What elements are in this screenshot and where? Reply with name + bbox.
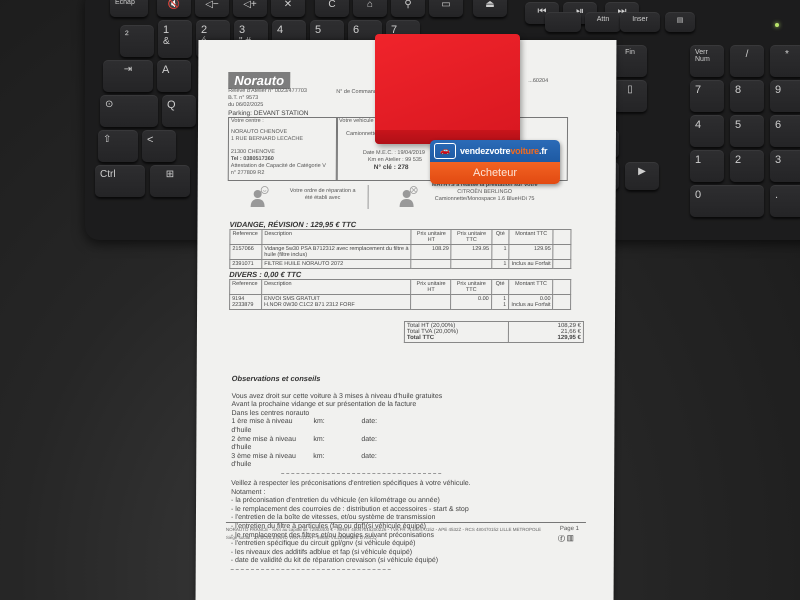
status-led — [775, 23, 779, 27]
key-fin[interactable]: Fin — [613, 45, 647, 77]
key-escape[interactable]: Échap — [110, 0, 148, 17]
page-number: Page 1 — [560, 526, 579, 532]
key-numpad-7[interactable]: 7 — [690, 80, 724, 112]
norauto-logo: Norauto — [228, 72, 290, 89]
table-row: 91942233879 ENVOI SMS GRATUITH.NOR 0W30 … — [230, 295, 571, 310]
volume-down-key-icon[interactable]: ◁− — [195, 0, 229, 17]
vehicle-label: Votre vehicule : — [339, 118, 377, 125]
refresh-key[interactable]: C — [315, 0, 349, 17]
key-f[interactable] — [545, 12, 581, 32]
key-numpad-8[interactable]: 8 — [730, 80, 764, 112]
key-numpad-5[interactable]: 5 — [730, 115, 764, 147]
key-1[interactable]: 1& — [158, 20, 192, 58]
shift-left-key-icon[interactable]: ⇧ — [98, 130, 138, 162]
centre-info: Votre centre : NORAUTO CHENOVE 1 RUE BER… — [231, 118, 326, 177]
key-ctrl[interactable]: Ctrl — [95, 165, 145, 197]
total-ttc-label: Total TTC — [407, 335, 506, 341]
key-numpad-decimal[interactable]: . — [770, 185, 800, 217]
key-inser[interactable]: Inser — [620, 12, 660, 32]
key-numpad-1[interactable]: 1 — [690, 150, 724, 182]
windows-key-icon[interactable]: ⊞ — [150, 165, 190, 197]
repair-order-text: Votre ordre de réparation a été établi a… — [278, 188, 368, 202]
mic-off-key-icon[interactable]: ✕ — [271, 0, 305, 17]
centre-address: 1 RUE BERNARD LECACHE — [231, 136, 326, 143]
key-q[interactable]: Q — [162, 95, 196, 127]
mechanic-info: MATHYS a réalisé la prestation sur votre… — [430, 182, 540, 203]
page-down-key-icon[interactable]: ▯ — [613, 80, 647, 112]
key-a[interactable]: A — [157, 60, 191, 92]
volume-up-key-icon[interactable]: ◁+ — [233, 0, 267, 17]
key-numpad-multiply[interactable]: * — [770, 45, 800, 77]
folder-key-icon[interactable]: ▭ — [429, 0, 463, 17]
vehicle-key-number: N° clé : 278 — [374, 164, 409, 172]
centre-attestation: Attestation de Capacité de Catégorie V — [231, 163, 326, 170]
table-row: 2391071 FILTRE HUILE NORAUTO 2072 1 Incl… — [230, 260, 571, 269]
calculator-key-icon[interactable]: ▤ — [665, 12, 695, 32]
tab-key-icon[interactable]: ⇥ — [103, 60, 153, 92]
vendezvotrevoiture-badge: 🚗 vendezvotrevoiture.fr Acheteur — [430, 140, 560, 184]
caps-lock-key-icon[interactable]: ⊙ — [100, 95, 158, 127]
total-ttc-value: 129,95 € — [511, 335, 581, 341]
key-numpad-6[interactable]: 6 — [770, 115, 800, 147]
divider — [281, 473, 441, 474]
document-date: du 06/02/2025 — [228, 102, 307, 109]
key-numpad-4[interactable]: 4 — [690, 115, 724, 147]
key-superscript2[interactable]: ² — [120, 25, 154, 57]
customer-avatar-icon — [250, 186, 268, 208]
key-numpad-3[interactable]: 3 — [770, 150, 800, 182]
centre-phone: Tel : 0380517360 — [231, 156, 326, 163]
badge-site-name: vendezvotrevoiture.fr — [460, 146, 547, 156]
lock-key-icon[interactable]: ⌂ — [353, 0, 387, 17]
commande-label: N° de Commande — [336, 89, 380, 96]
footer-address: Siège social : 2A BOULEVARD VAN GOGH - 5… — [226, 534, 586, 542]
mechanic-avatar-icon — [399, 186, 417, 208]
centre-city: 21300 CHENOVE — [231, 149, 326, 156]
observations-title: Observations et conseils — [232, 375, 532, 384]
document-footer: NORAUTO FRANCE - SAS au capital de 72983… — [226, 522, 586, 542]
mute-key-icon[interactable]: 🔇 — [157, 0, 191, 17]
observations-section: Observations et conseils Vous avez droit… — [231, 375, 532, 576]
key-numpad-0[interactable]: 0 — [690, 185, 764, 217]
badge-top: 🚗 vendezvotrevoiture.fr — [430, 140, 560, 162]
key-numpad-9[interactable]: 9 — [770, 80, 800, 112]
centre-label: Votre centre : — [231, 118, 326, 125]
vehicle-type-partial: Camionnette — [346, 131, 377, 138]
key-attn[interactable]: Attn — [585, 12, 621, 32]
vehicle-mec-date: Date M.E.C. : 19/04/2019 — [363, 150, 425, 157]
key-verr-num[interactable]: Verr Num — [690, 45, 724, 77]
centre-name: NORAUTO CHENOVE — [231, 129, 326, 136]
oil-topup-row: 2 ème mise à niveau d'huilekm:date: — [231, 436, 531, 453]
barcode-text: ...60204 — [528, 78, 548, 85]
eject-key-icon[interactable]: ⏏ — [473, 0, 507, 17]
table-row: 2157066 Vidange 5w30 PSA B712312 avec re… — [230, 245, 571, 260]
divider — [231, 569, 391, 570]
table-header-row: Reference Description Prix unitaire HT P… — [230, 280, 571, 295]
oil-topup-row: 1 ère mise à niveau d'huilekm:date: — [231, 418, 531, 435]
vehicle-model: CITROËN BERLINGO — [430, 189, 540, 196]
key-numpad-2[interactable]: 2 — [730, 150, 764, 182]
ordre-divider — [368, 185, 369, 209]
header-info: Relevé d'Atelier n° 0023/477703 B.T. n° … — [228, 88, 307, 109]
arrow-right-key-icon[interactable]: ▶ — [625, 162, 659, 190]
vehicle-description: Camionnette/Monospace 1.6 BlueHDi 75 — [430, 196, 540, 203]
car-logo-icon: 🚗 — [434, 143, 456, 159]
releve-number: Relevé d'Atelier n° 0023/477703 — [228, 88, 307, 95]
totals-table: Total HT (20,00%) Total TVA (20,00%) Tot… — [404, 321, 584, 343]
divers-table: Reference Description Prix unitaire HT P… — [229, 279, 571, 310]
table-header-row: Reference Description Prix unitaire HT P… — [230, 230, 571, 245]
vehicle-km: Km en Atelier : 99 535 — [368, 157, 422, 164]
search-key-icon[interactable]: ⚲ — [391, 0, 425, 17]
footer-legal: NORAUTO FRANCE - SAS au capital de 72983… — [226, 526, 586, 534]
red-box-object — [375, 34, 520, 144]
divers-section-title: DIVERS : 0,00 € TTC — [229, 270, 301, 279]
oil-topup-row: 3 ème mise à niveau d'huilekm:date: — [231, 453, 531, 470]
vidange-section-title: VIDANGE, RÉVISION : 129,95 € TTC — [229, 220, 356, 229]
key-numpad-divide[interactable]: / — [730, 45, 764, 77]
centre-attestation-number: n° 277809 R2 — [231, 170, 326, 177]
key-less-than[interactable]: < — [142, 130, 176, 162]
social-icons: ⓕ ▥ — [558, 534, 574, 544]
bt-number: B.T. n° 9573 — [228, 95, 307, 102]
vidange-table: Reference Description Prix unitaire HT P… — [229, 229, 571, 269]
badge-role: Acheteur — [430, 162, 560, 184]
